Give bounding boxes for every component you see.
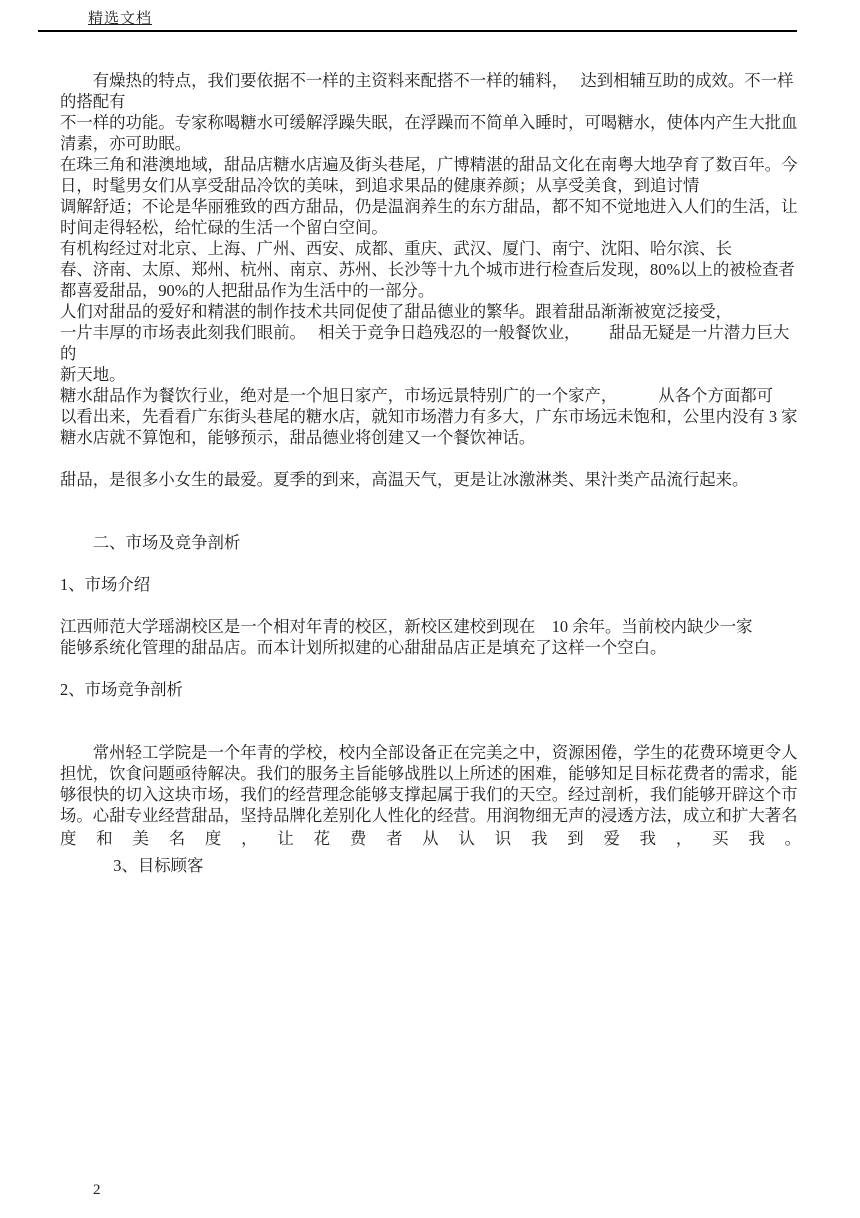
header-title: 精选文档: [88, 10, 152, 28]
text-line: 度 和 美 名 度 ， 让 花 费 者 从 认 识 我 到 爱 我 ， 买 我 …: [60, 826, 801, 851]
text-line: [60, 721, 801, 742]
text-line: 时间走得轻松，给忙碌的生活一个留白空间。: [60, 217, 801, 238]
text-line: 有燥热的特点，我们要依据不一样的主资料来配搭不一样的辅料， 达到相辅互助的成效。…: [60, 70, 801, 91]
text-line: [60, 595, 801, 616]
text-line: 糖水店就不算饱和，能够预示，甜品德业将创建又一个餐饮神话。: [60, 427, 801, 448]
text-line: 糖水甜品作为餐饮行业，绝对是一个旭日家产，市场远景特别广的一个家产， 从各个方面…: [60, 385, 801, 406]
text-line: 都喜爱甜品，90%的人把甜品作为生活中的一部分。: [60, 280, 801, 301]
page-number: 2: [93, 1180, 101, 1200]
text-line: 担忧，饮食问题亟待解决。我们的服务主旨能够战胜以上所述的困难，能够知足目标花费者…: [60, 763, 801, 784]
text-line: 江西师范大学瑶湖校区是一个相对年青的校区，新校区建校到现在 10 余年。当前校内…: [60, 616, 801, 637]
text-line: [60, 490, 801, 511]
text-line: 的: [60, 343, 801, 364]
text-line: [60, 511, 801, 532]
text-line: 1、市场介绍: [60, 574, 801, 595]
text-line: 能够系统化管理的甜品店。而本计划所拟建的心甜甜品店正是填充了这样一个空白。: [60, 637, 801, 658]
document-page: 精选文档 有燥热的特点，我们要依据不一样的主资料来配搭不一样的辅料， 达到相辅互…: [0, 0, 860, 1218]
text-line: 以看出来，先看看广东街头巷尾的糖水店，就知市场潜力有多大，广东市场远未饱和，公里…: [60, 406, 801, 427]
text-line: 在珠三角和港澳地域，甜品店糖水店遍及街头巷尾，广博精湛的甜品文化在南粤大地孕育了…: [60, 154, 801, 175]
text-line: 有机构经过对北京、上海、广州、西安、成都、重庆、武汉、厦门、南宁、沈阳、哈尔滨、…: [60, 238, 801, 259]
text-line: [60, 553, 801, 574]
text-line: 不一样的功能。专家称喝糖水可缓解浮躁失眠，在浮躁而不简单入睡时，可喝糖水，使体内…: [60, 112, 801, 133]
text-line: 够很快的切入这块市场，我们的经营理念能够支撑起属于我们的天空。经过剖析，我们能够…: [60, 784, 801, 805]
text-line: 清素，亦可助眠。: [60, 133, 801, 154]
text-line: 二、市场及竞争剖析: [60, 532, 801, 553]
text-line: 2、市场竞争剖析: [60, 679, 801, 700]
text-line: 3、目标顾客: [60, 855, 801, 876]
text-line: [60, 658, 801, 679]
text-line: 调解舒适；不论是华丽雅致的西方甜品，仍是温润养生的东方甜品，都不知不觉地进入人们…: [60, 196, 801, 217]
text-line: 新天地。: [60, 364, 801, 385]
text-line: 的搭配有: [60, 91, 801, 112]
text-line: [60, 448, 801, 469]
text-line: 日，时髦男女们从享受甜品冷饮的美味，到追求果品的健康养颜；从享受美食，到追讨情: [60, 175, 801, 196]
document-body: 有燥热的特点，我们要依据不一样的主资料来配搭不一样的辅料， 达到相辅互助的成效。…: [60, 70, 801, 876]
text-line: 人们对甜品的爱好和精湛的制作技术共同促使了甜品德业的繁华。跟着甜品渐渐被宽泛接受…: [60, 301, 801, 322]
text-line: [60, 700, 801, 721]
text-line: 一片丰厚的市场表此刻我们眼前。 相关于竞争日趋残忍的一般餐饮业， 甜品无疑是一片…: [60, 322, 801, 343]
text-line: 春、济南、太原、郑州、杭州、南京、苏州、长沙等十九个城市进行检查后发现，80%以…: [60, 259, 801, 280]
text-line: 场。心甜专业经营甜品，坚持品牌化差别化人性化的经营。用润物细无声的浸透方法，成立…: [60, 805, 801, 826]
text-line: 甜品，是很多小女生的最爱。夏季的到来，高温天气，更是让冰激淋类、果汁类产品流行起…: [60, 469, 801, 490]
header-rule: [38, 30, 797, 32]
text-line: 常州轻工学院是一个年青的学校，校内全部设备正在完美之中，资源困倦，学生的花费环境…: [60, 742, 801, 763]
